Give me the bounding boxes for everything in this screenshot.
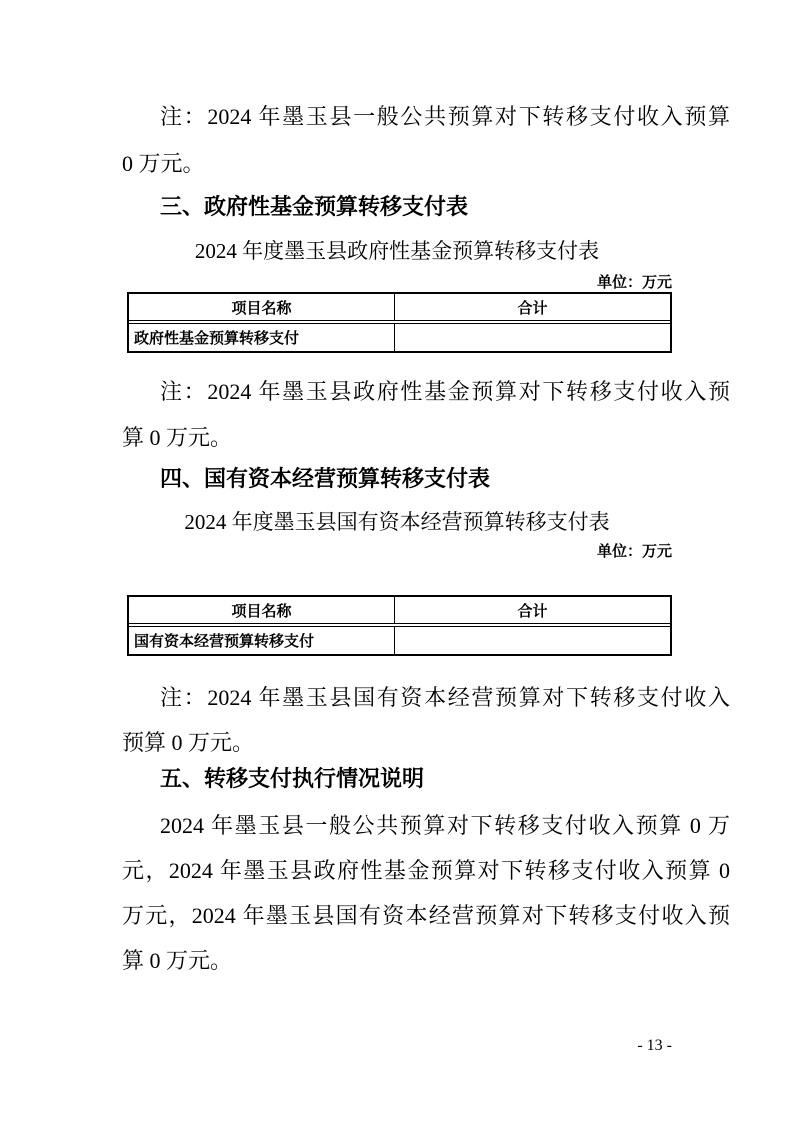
gov-fund-row-name: 政府性基金预算转移支付 (129, 324, 395, 351)
table-row: 政府性基金预算转移支付 (129, 324, 670, 351)
section-heading-execution: 五、转移支付执行情况说明 (160, 766, 424, 792)
gov-fund-header-item-name: 项目名称 (129, 294, 395, 320)
gov-fund-table-header-row: 项目名称 合计 (129, 294, 670, 321)
note-state-capital-line-2: 预算 0 万元。 (122, 730, 730, 756)
note-gov-fund-line-1: 注：2024 年墨玉县政府性基金预算对下转移支付收入预 (122, 379, 730, 405)
execution-paragraph-line-2: 元，2024 年墨玉县政府性基金预算对下转移支付收入预算 0 (122, 858, 730, 884)
note-gov-fund-line-2: 算 0 万元。 (122, 425, 730, 451)
gov-fund-row-total (395, 324, 670, 351)
state-capital-table-header-row: 项目名称 合计 (129, 597, 670, 624)
table-title-gov-fund: 2024 年度墨玉县政府性基金预算转移支付表 (122, 239, 672, 264)
document-page: 注：2024 年墨玉县一般公共预算对下转移支付收入预算 0 万元。 三、政府性基… (0, 0, 793, 1122)
note-general-public-line-1: 注：2024 年墨玉县一般公共预算对下转移支付收入预算 (122, 104, 730, 130)
table-title-state-capital: 2024 年度墨玉县国有资本经营预算转移支付表 (122, 510, 672, 535)
section-heading-gov-fund: 三、政府性基金预算转移支付表 (160, 194, 468, 220)
note-general-public-line-2: 0 万元。 (122, 151, 730, 177)
state-capital-table: 项目名称 合计 国有资本经营预算转移支付 (127, 595, 672, 656)
execution-paragraph-line-1: 2024 年墨玉县一般公共预算对下转移支付收入预算 0 万 (122, 813, 730, 839)
section-heading-state-capital: 四、国有资本经营预算转移支付表 (160, 466, 490, 492)
gov-fund-header-total: 合计 (395, 294, 670, 320)
unit-label-gov-fund: 单位：万元 (122, 274, 672, 292)
execution-paragraph-line-3: 万元，2024 年墨玉县国有资本经营预算对下转移支付收入预 (122, 903, 730, 929)
state-capital-row-name: 国有资本经营预算转移支付 (129, 627, 395, 654)
note-state-capital-line-1: 注：2024 年墨玉县国有资本经营预算对下转移支付收入 (122, 685, 730, 711)
table-row: 国有资本经营预算转移支付 (129, 627, 670, 654)
page-number: - 13 - (122, 1036, 672, 1055)
gov-fund-table: 项目名称 合计 政府性基金预算转移支付 (127, 292, 672, 353)
execution-paragraph-line-4: 算 0 万元。 (122, 948, 730, 974)
state-capital-row-total (395, 627, 670, 654)
state-capital-header-total: 合计 (395, 597, 670, 623)
unit-label-state-capital: 单位：万元 (122, 543, 672, 561)
state-capital-header-item-name: 项目名称 (129, 597, 395, 623)
